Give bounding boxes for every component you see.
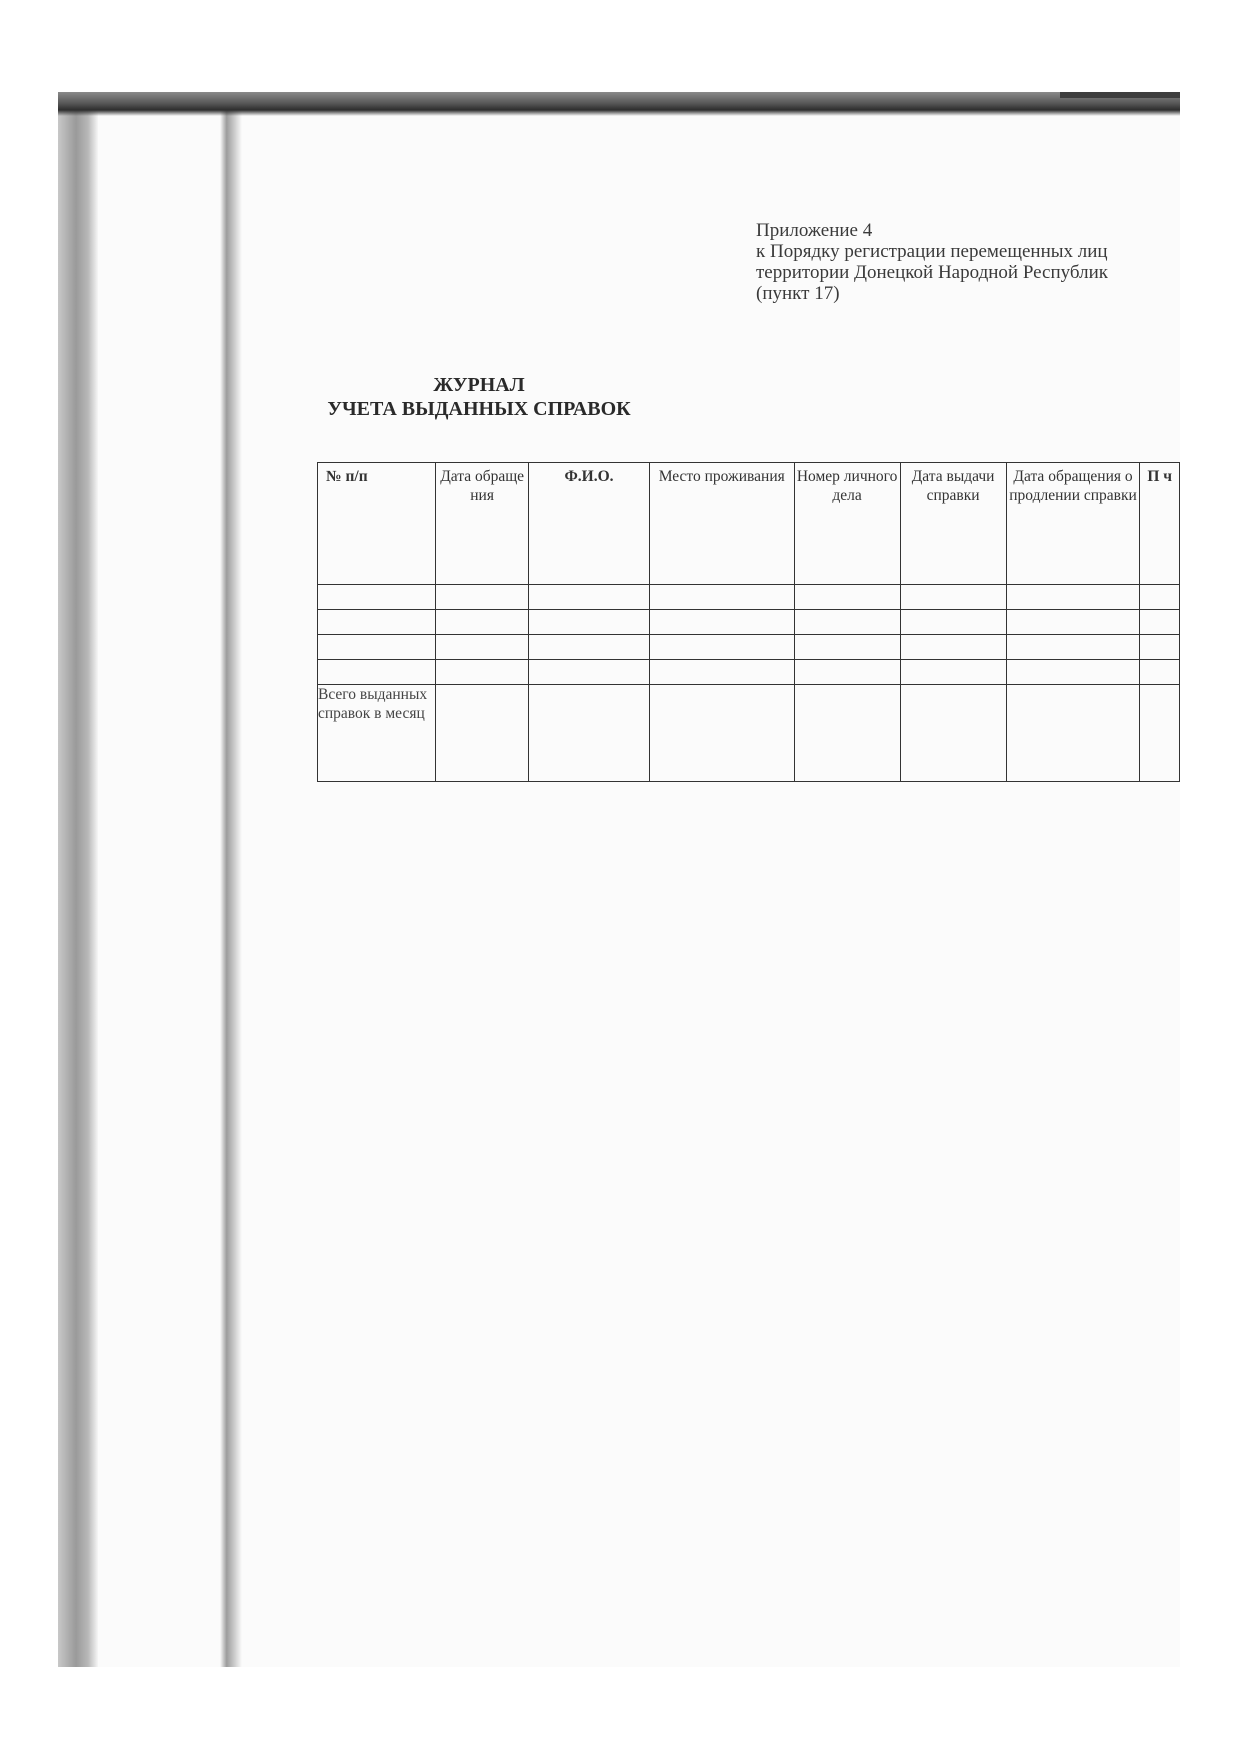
table-cell — [529, 610, 650, 635]
col-header-request-date: Дата обраще ния — [436, 463, 529, 585]
table-cell — [794, 635, 900, 660]
col-header-extension-date: Дата обращения о продлении справки — [1006, 463, 1140, 585]
table-cell — [1006, 685, 1140, 782]
table-cell — [529, 585, 650, 610]
appendix-number: Приложение 4 — [756, 220, 1108, 241]
table-cell — [649, 660, 794, 685]
col-header-issue-date: Дата выдачи справки — [900, 463, 1006, 585]
table-row — [318, 660, 1180, 685]
col-header-full-name: Ф.И.О. — [529, 463, 650, 585]
table-cell — [649, 610, 794, 635]
scanned-page: Приложение 4 к Порядку регистрации перем… — [58, 92, 1180, 1667]
table-cell — [1140, 585, 1180, 610]
table-cell — [794, 585, 900, 610]
document-subtitle: УЧЕТА ВЫДАННЫХ СПРАВОК — [58, 398, 1040, 421]
top-edge-shadow — [58, 92, 1180, 116]
table-cell — [649, 585, 794, 610]
journal-table: № п/п Дата обраще ния Ф.И.О. Место прожи… — [317, 462, 1180, 782]
appendix-line-2: к Порядку регистрации перемещенных лиц — [756, 241, 1108, 262]
binding-shadow — [58, 92, 98, 1667]
appendix-reference: Приложение 4 к Порядку регистрации перем… — [756, 220, 1108, 304]
appendix-line-3: территории Донецкой Народной Республик — [756, 262, 1108, 283]
col-header-residence: Место проживания — [649, 463, 794, 585]
appendix-clause: (пункт 17) — [756, 283, 1108, 304]
table-cell — [1006, 610, 1140, 635]
table-cell — [1006, 585, 1140, 610]
table-cell — [529, 635, 650, 660]
table-cell — [1006, 660, 1140, 685]
table-cell — [1006, 635, 1140, 660]
table-cell — [436, 610, 529, 635]
table-cell — [318, 635, 436, 660]
table-row — [318, 635, 1180, 660]
table-cell — [436, 660, 529, 685]
table-header-row: № п/п Дата обраще ния Ф.И.О. Место прожи… — [318, 463, 1180, 585]
table-cell — [900, 685, 1006, 782]
table-cell — [1140, 660, 1180, 685]
col-header-number: № п/п — [318, 463, 436, 585]
table-cell — [529, 685, 650, 782]
table-cell — [900, 635, 1006, 660]
total-row: Всего выданных справок в месяц — [318, 685, 1180, 782]
document-title: ЖУРНАЛ — [58, 374, 1040, 397]
table-cell — [900, 610, 1006, 635]
table-cell — [436, 685, 529, 782]
table-cell — [794, 660, 900, 685]
col-header-case-number: Номер личного дела — [794, 463, 900, 585]
table-cell — [794, 685, 900, 782]
table-cell — [794, 610, 900, 635]
table-cell — [900, 660, 1006, 685]
table-cell — [318, 610, 436, 635]
table-cell — [436, 585, 529, 610]
col-header-truncated: П ч — [1140, 463, 1180, 585]
table-cell — [318, 660, 436, 685]
table-row — [318, 585, 1180, 610]
top-edge-shadow-right — [1060, 92, 1180, 98]
table-cell — [1140, 685, 1180, 782]
table-cell — [529, 660, 650, 685]
table-cell — [318, 585, 436, 610]
table-cell — [649, 685, 794, 782]
empty-rows — [318, 585, 1180, 685]
table-cell — [900, 585, 1006, 610]
page-fold-shadow — [220, 110, 242, 1667]
table-cell — [436, 635, 529, 660]
table-cell — [1140, 635, 1180, 660]
table-cell — [649, 635, 794, 660]
table-row — [318, 610, 1180, 635]
total-label: Всего выданных справок в месяц — [318, 685, 436, 782]
table-cell — [1140, 610, 1180, 635]
